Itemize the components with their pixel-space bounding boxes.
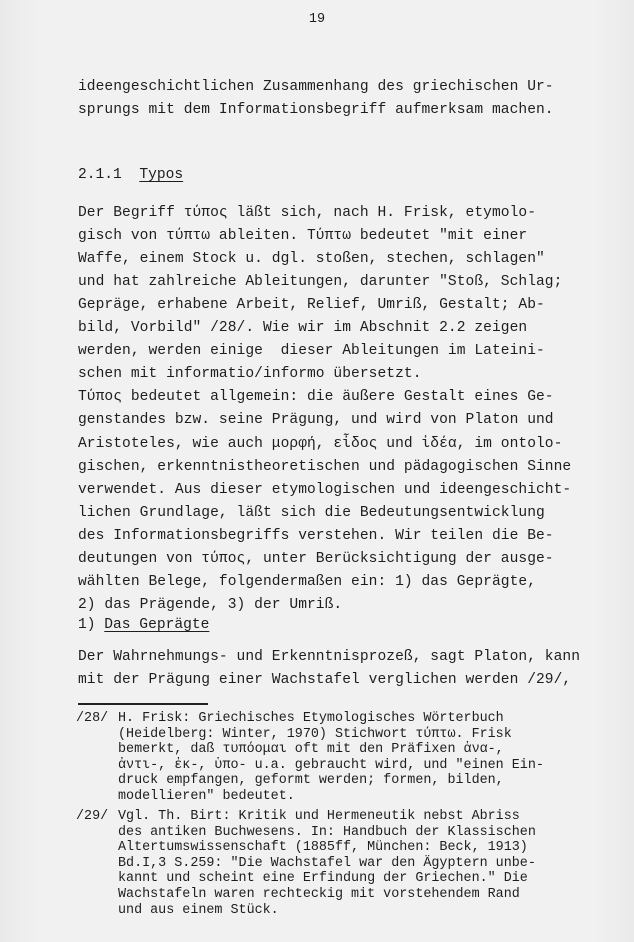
footnote-line: modellieren" bedeutet.: [118, 789, 544, 805]
footnote-marker: /29/: [76, 809, 108, 825]
body-line: werden, werden einige dieser Ableitungen…: [78, 342, 545, 360]
body-line: gischen, erkenntnistheoretischen und päd…: [78, 458, 571, 476]
subsection-heading: 1) Das Geprägte: [78, 616, 209, 634]
footnote-marker: /28/: [76, 711, 108, 727]
footnote-line: ἀντι-, ἐκ-, ὑπο- u.a. gebraucht wird, un…: [118, 758, 544, 774]
body-line: schen mit informatio/informo übersetzt.: [78, 365, 422, 383]
body-line: Der Begriff τύπος läßt sich, nach H. Fri…: [78, 204, 536, 222]
document-page: 19 ideengeschichtlichen Zusammenhang des…: [0, 0, 634, 942]
footnote-line: bemerkt, daß τυπόομαι oft mit den Präfix…: [118, 742, 544, 758]
footnote-line: Vgl. Th. Birt: Kritik und Hermeneutik ne…: [118, 809, 536, 825]
body-line: des Informationsbegriffs verstehen. Wir …: [78, 527, 554, 545]
subsection-title: Das Geprägte: [104, 617, 209, 633]
section-heading: 2.1.1 Typos: [78, 166, 183, 184]
footnote-line: H. Frisk: Griechisches Etymologisches Wö…: [118, 711, 544, 727]
footnote-line: kannt und scheint eine Erfindung der Gri…: [118, 871, 536, 887]
body-line: Τύπος bedeutet allgemein: die äußere Ges…: [78, 388, 554, 406]
footnote-line: druck empfangen, geformt werden; formen,…: [118, 773, 544, 789]
footnote-separator: [78, 703, 208, 705]
body-line: gisch von τύπτω ableiten. Τύπτω bedeutet…: [78, 227, 527, 245]
body-line: Gepräge, erhabene Arbeit, Relief, Umriß,…: [78, 296, 545, 314]
body-line: Aristoteles, wie auch μορφή, εἶδος und ἰ…: [78, 435, 562, 453]
subsection-number: 1): [78, 617, 96, 633]
body-line: Waffe, einem Stock u. dgl. stoßen, stech…: [78, 250, 545, 268]
footnote-line: Altertumswissenschaft (1885ff, München: …: [118, 840, 536, 856]
footnote-text: H. Frisk: Griechisches Etymologisches Wö…: [118, 711, 544, 805]
body-line: lichen Grundlage, läßt sich die Bedeutun…: [78, 504, 545, 522]
body-line: verwendet. Aus dieser etymologischen und…: [78, 481, 571, 499]
section-number: 2.1.1: [78, 167, 122, 183]
body-line: und hat zahlreiche Ableitungen, darunter…: [78, 273, 562, 291]
body-line: deutungen von τύπος, unter Berücksichtig…: [78, 550, 554, 568]
subsection-line: Der Wahrnehmungs- und Erkenntnisprozeß, …: [78, 648, 580, 666]
body-line: 2) das Prägende, 3) der Umriß.: [78, 596, 342, 614]
footnote-line: Bd.I,3 S.259: "Die Wachstafel war den Äg…: [118, 856, 536, 872]
footnote-line: und aus einem Stück.: [118, 903, 536, 919]
footnote-line: (Heidelberg: Winter, 1970) Stichwort τύπ…: [118, 727, 544, 743]
footnote-line: des antiken Buchwesens. In: Handbuch der…: [118, 825, 536, 841]
body-line: genstandes bzw. seine Prägung, und wird …: [78, 411, 554, 429]
section-title: Typos: [139, 167, 183, 183]
intro-line: sprungs mit dem Informationsbegriff aufm…: [78, 101, 554, 119]
footnote-text: Vgl. Th. Birt: Kritik und Hermeneutik ne…: [118, 809, 536, 918]
body-line: bild, Vorbild" /28/. Wie wir im Abschnit…: [78, 319, 527, 337]
subsection-line: mit der Prägung einer Wachstafel verglic…: [78, 671, 571, 689]
footnote-line: Wachstafeln waren rechteckig mit vorsteh…: [118, 887, 536, 903]
page-number: 19: [0, 12, 634, 27]
intro-line: ideengeschichtlichen Zusammenhang des gr…: [78, 78, 554, 96]
footnote: /28/H. Frisk: Griechisches Etymologische…: [76, 711, 544, 805]
body-line: wählten Belege, folgendermaßen ein: 1) d…: [78, 573, 536, 591]
footnote: /29/Vgl. Th. Birt: Kritik und Hermeneuti…: [76, 809, 536, 918]
